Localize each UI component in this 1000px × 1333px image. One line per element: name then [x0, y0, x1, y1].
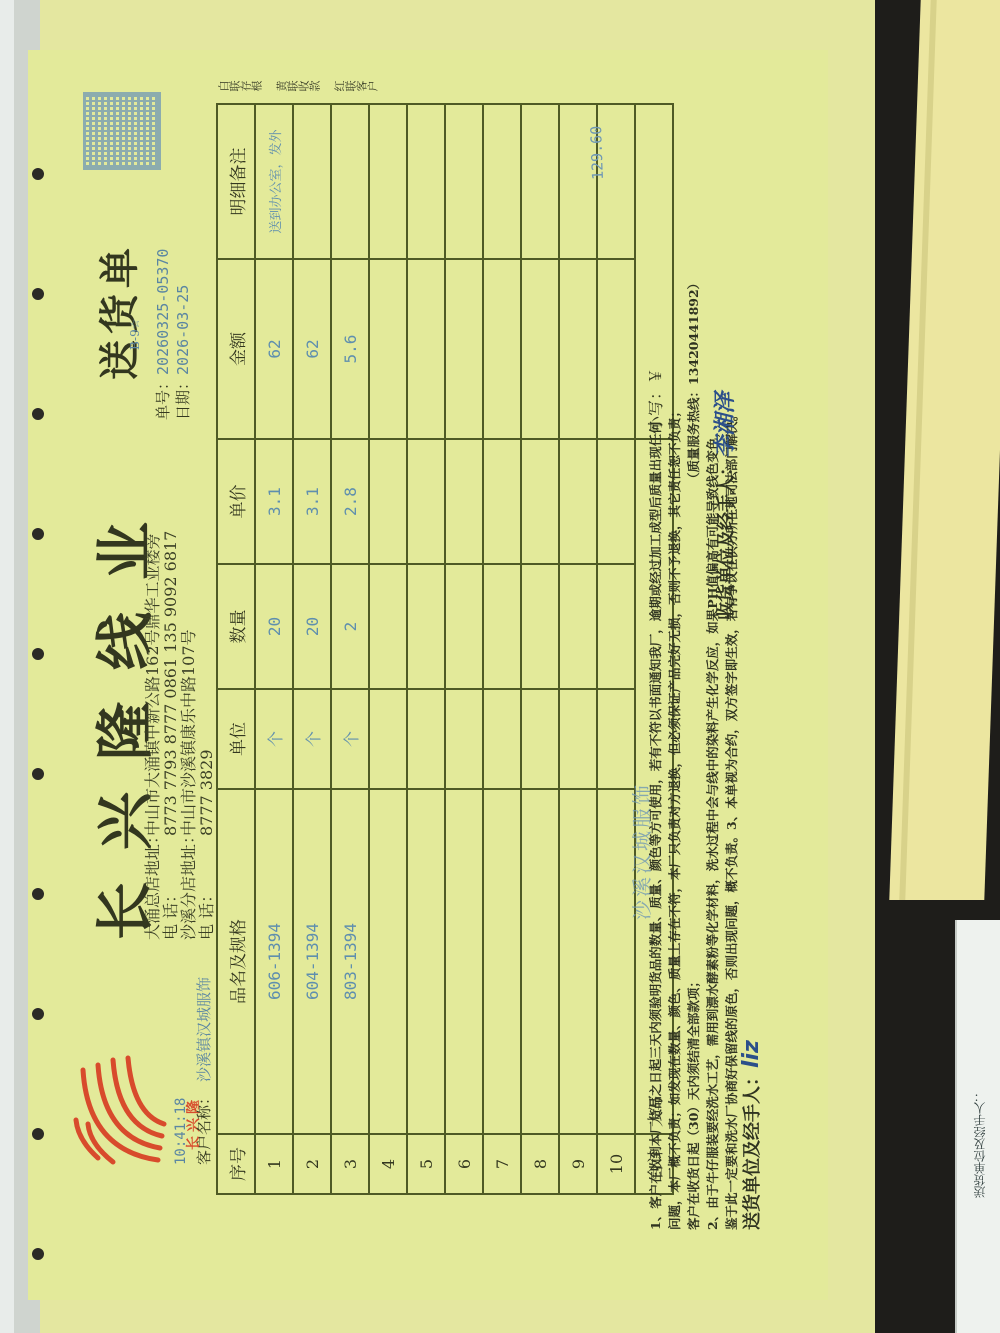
document-header: 长兴隆线业 送货单 大涌总店地址：中山市大涌镇中新公路162号鼎华工业楼旁 电 …: [78, 140, 218, 940]
table-row: 2 604-1394 个 20 3.1 62: [293, 104, 331, 1194]
col-header-no: 序号: [217, 1134, 255, 1194]
col-header-amount: 金额: [217, 259, 255, 439]
branch-office-address: 沙溪分店地址：中山市沙溪镇康乐中路107号: [180, 629, 198, 940]
terms-line: 客户在收货日起（30）天内须结清全部款项；: [684, 100, 703, 1230]
order-number: 单号：20260325-05370: [152, 249, 173, 420]
table-row: 10: [597, 104, 635, 1194]
receiver-signature-field: 收货单位及经手人：李湘泽: [708, 392, 739, 620]
terms-line: 2、由于牛仔服装要经洗水工艺，需用到漂水酵素粉等化学材料，洗水过程中会与线中的染…: [703, 100, 722, 1230]
quality-hotline: （质量服务热线：13420441892）: [684, 277, 703, 485]
items-table: 序号 品名及规格 单位 数量 单价 金额 明细备注 1 606-1394 个 2…: [216, 103, 674, 1195]
col-header-name: 品名及规格: [217, 789, 255, 1134]
delivery-note-sheet: 长兴隆 长兴隆线业 送货单 大涌总店地址：中山市大涌镇中新公路162号鼎华工业楼…: [28, 50, 828, 1300]
branch-office-phone: 电 话：8777 3829: [198, 749, 216, 940]
copy-label-white: 白联存根: [218, 81, 262, 93]
head-office-phone: 电 话：8773 7793 8777 0861 135 9092 6817: [162, 531, 180, 940]
terms-line: 问题，本厂概不负责；如发现在数量、颜色、质量上存在不符，本厂只负责对方退换，但必…: [665, 100, 684, 1230]
table-row: 1 606-1394 个 20 3.1 62 送到办公室，发外: [255, 104, 293, 1194]
table-row: 7: [483, 104, 521, 1194]
sender-signature: liz: [739, 1040, 764, 1068]
head-office-address: 大涌总店地址：中山市大涌镇中新公路162号鼎华工业楼旁: [144, 533, 162, 940]
total-amount-handwritten: 129.60: [587, 126, 607, 181]
sender-signature-field: 送货单位及经手人：liz: [738, 1040, 764, 1230]
table-row: 6: [445, 104, 483, 1194]
terms-and-conditions: 1、客户在收到本厂货品之日起三天内须验明货品的数量、质量、颜色等方可使用，若有不…: [646, 100, 741, 1230]
terms-line: 1、客户在收到本厂货品之日起三天内须验明货品的数量、质量、颜色等方可使用，若有不…: [646, 100, 665, 1230]
copy-label-yellow: 黄联收款: [276, 81, 320, 93]
table-row: 4: [369, 104, 407, 1194]
table-row: 5: [407, 104, 445, 1194]
table-row: 3 803-1394 个 2 2.8 5.6: [331, 104, 369, 1194]
col-header-unit: 单位: [217, 689, 255, 789]
col-header-qty: 数量: [217, 564, 255, 689]
side-sender-label: 送货单位及经手人：: [971, 1090, 988, 1198]
qr-code-icon: [83, 92, 161, 170]
col-header-note: 明细备注: [217, 104, 255, 259]
tractor-holes: [28, 50, 50, 1300]
delivery-note: 长兴隆 长兴隆线业 送货单 大涌总店地址：中山市大涌镇中新公路162号鼎华工业楼…: [28, 50, 828, 1300]
print-time: 10:41:18: [173, 1098, 189, 1165]
copy-label-red: 红联客户: [334, 81, 378, 93]
copy-labels: 白联存根 黄联收款 红联客户: [218, 53, 392, 93]
table-row: 9: [559, 104, 597, 1194]
white-receipt-stack: 送货单位及经手人：: [955, 920, 1000, 1333]
document-type: 送货单: [88, 242, 145, 380]
table-header-row: 序号 品名及规格 单位 数量 单价 金额 明细备注: [217, 104, 255, 1194]
table-row: 8: [521, 104, 559, 1194]
customer-name: 客户名称：沙溪镇汉城服饰: [193, 977, 214, 1165]
code-mark: B-9☆: [128, 319, 142, 351]
col-header-price: 单价: [217, 439, 255, 564]
receiver-signature: 李湘泽: [713, 392, 738, 458]
company-logo-icon: [68, 1040, 178, 1170]
order-date: 日期：2026-03-25: [172, 285, 193, 420]
